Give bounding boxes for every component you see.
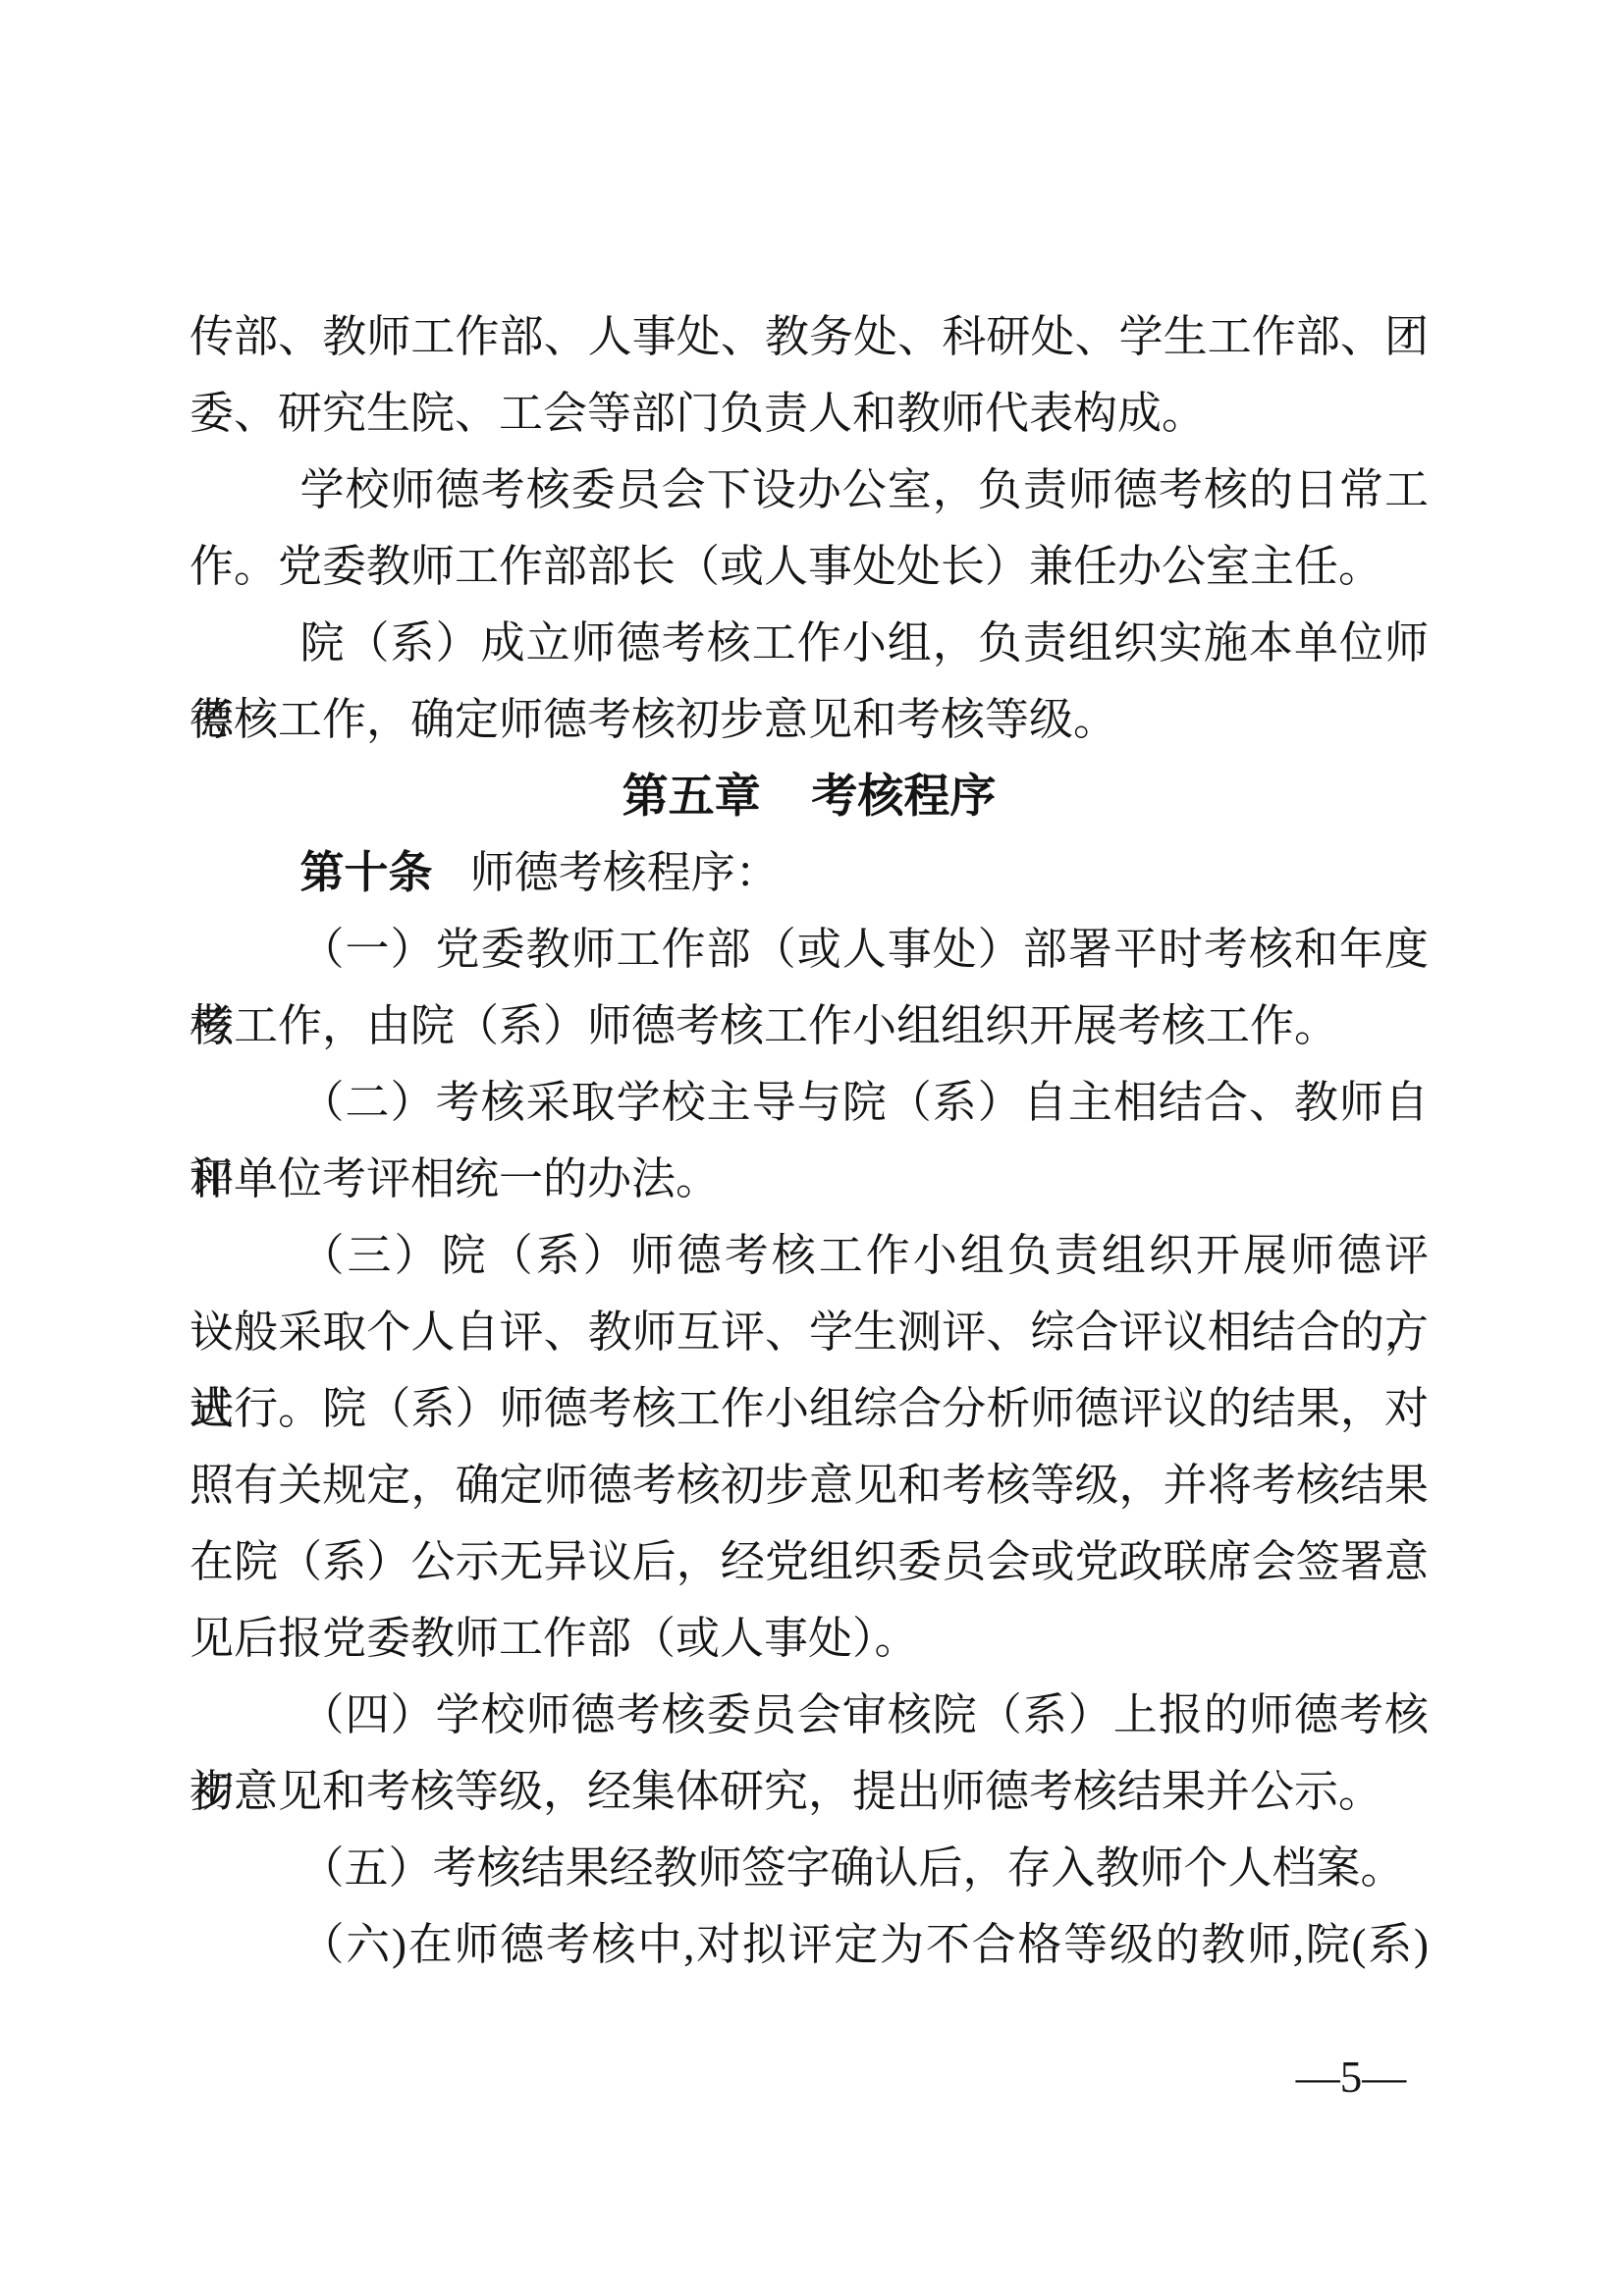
text-line: （二）考核采取学校主导与院（系）自主相结合、教师自评	[189, 1064, 1429, 1141]
text-line: 核工作，由院（系）师德考核工作小组组织开展考核工作。	[189, 988, 1429, 1064]
text-line: 见后报党委教师工作部（或人事处）。	[189, 1600, 1429, 1677]
text-line: 考核工作，确定师德考核初步意见和考核等级。	[189, 681, 1429, 758]
text-line: （五）考核结果经教师签字确认后，存入教师个人档案。	[189, 1830, 1429, 1906]
text-line: 委、研究生院、工会等部门负责人和教师代表构成。	[189, 375, 1429, 452]
text-line: 和单位考评相统一的办法。	[189, 1141, 1429, 1217]
text-line: （三）院（系）师德考核工作小组负责组织开展师德评议，	[189, 1217, 1429, 1294]
text-line: （四）学校师德考核委员会审核院（系）上报的师德考核初	[189, 1677, 1429, 1753]
page-number: —5—	[1292, 2048, 1410, 2107]
text-line: 照有关规定，确定师德考核初步意见和考核等级，并将考核结果	[189, 1447, 1429, 1523]
text-line: 一般采取个人自评、教师互评、学生测评、综合评议相结合的方式	[189, 1294, 1429, 1370]
article-line: 第十条师德考核程序：	[189, 834, 1429, 911]
article-title-text: 师德考核程序：	[470, 848, 780, 897]
text-line: 传部、教师工作部、人事处、教务处、科研处、学生工作部、团	[189, 298, 1429, 375]
text-line: （一）党委教师工作部（或人事处）部署平时考核和年度考	[189, 911, 1429, 988]
heading-part: 考核程序	[811, 770, 996, 822]
text-line: 学校师德考核委员会下设办公室，负责师德考核的日常工	[189, 452, 1429, 528]
text-line: （六)在师德考核中,对拟评定为不合格等级的教师,院(系)	[189, 1906, 1429, 1983]
document-page: 传部、教师工作部、人事处、教务处、科研处、学生工作部、团委、研究生院、工会等部门…	[0, 0, 1624, 2296]
text-line: 步意见和考核等级，经集体研究，提出师德考核结果并公示。	[189, 1753, 1429, 1830]
text-line: 在院（系）公示无异议后，经党组织委员会或党政联席会签署意	[189, 1523, 1429, 1600]
article-number-label: 第十条	[300, 847, 433, 897]
chapter-heading: 第五章考核程序	[189, 758, 1429, 834]
text-line: 院（系）成立师德考核工作小组，负责组织实施本单位师德	[189, 605, 1429, 681]
document-body: 传部、教师工作部、人事处、教务处、科研处、学生工作部、团委、研究生院、工会等部门…	[189, 298, 1429, 1983]
text-line: 进行。院（系）师德考核工作小组综合分析师德评议的结果，对	[189, 1370, 1429, 1447]
text-line: 作。党委教师工作部部长（或人事处处长）兼任办公室主任。	[189, 528, 1429, 605]
heading-part: 第五章	[623, 770, 761, 822]
